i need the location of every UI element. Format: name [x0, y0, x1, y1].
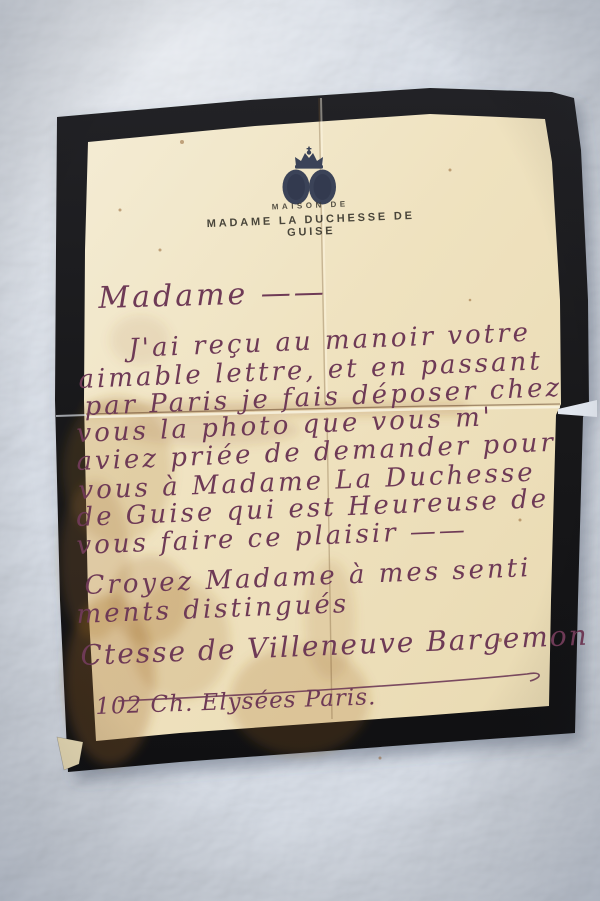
photo-scene: MAISON DE MADAME LA DUCHESSE DE GUISE Ma… [0, 0, 600, 901]
salutation-line: Madame —— [98, 278, 327, 314]
